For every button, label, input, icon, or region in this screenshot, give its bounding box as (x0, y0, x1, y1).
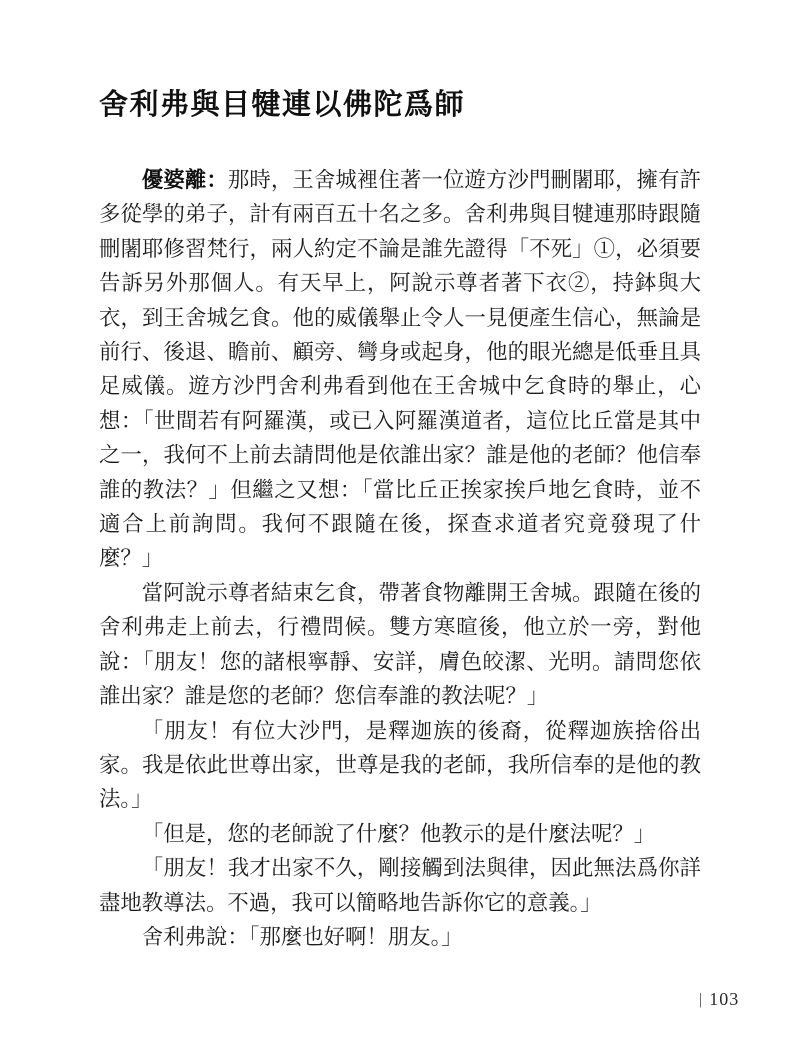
paragraph: 「但是，您的老師說了什麼？他教示的是什麼法呢？」 (99, 817, 701, 851)
paragraph-text: 「朋友！我才出家不久，剛接觸到法與律，因此無法爲你詳盡地教導法。不過，我可以簡略… (99, 856, 701, 914)
page-number-separator: | (699, 989, 702, 1011)
paragraph: 舍利弗說：「那麼也好啊！朋友。」 (99, 920, 701, 954)
page-number-value: 103 (709, 989, 739, 1009)
paragraph: 當阿說示尊者結束乞食，帶著食物離開王舍城。跟隨在後的舍利弗走上前去，行禮問候。雙… (99, 576, 701, 714)
paragraph-text: 那時，王舍城裡住著一位遊方沙門刪闍耶，擁有許多從學的弟子，計有兩百五十名之多。舍… (99, 168, 701, 570)
paragraph-text: 「朋友！有位大沙門，是釋迦族的後裔，從釋迦族捨俗出家。我是依此世尊出家，世尊是我… (99, 719, 701, 812)
chapter-title: 舍利弗與目犍連以佛陀爲師 (99, 88, 701, 123)
text-column: 舍利弗與目犍連以佛陀爲師 優婆離：那時，王舍城裡住著一位遊方沙門刪闍耶，擁有許多… (99, 88, 701, 954)
paragraph: 「朋友！我才出家不久，剛接觸到法與律，因此無法爲你詳盡地教導法。不過，我可以簡略… (99, 851, 701, 920)
paragraph: 「朋友！有位大沙門，是釋迦族的後裔，從釋迦族捨俗出家。我是依此世尊出家，世尊是我… (99, 714, 701, 817)
book-page: 舍利弗與目犍連以佛陀爲師 優婆離：那時，王舍城裡住著一位遊方沙門刪闍耶，擁有許多… (0, 0, 792, 1056)
paragraph: 優婆離：那時，王舍城裡住著一位遊方沙門刪闍耶，擁有許多從學的弟子，計有兩百五十名… (99, 163, 701, 576)
paragraph-text: 當阿說示尊者結束乞食，帶著食物離開王舍城。跟隨在後的舍利弗走上前去，行禮問候。雙… (99, 581, 701, 708)
speaker-label: 優婆離： (142, 168, 228, 192)
paragraph-text: 「但是，您的老師說了什麼？他教示的是什麼法呢？」 (142, 822, 655, 846)
paragraph-text: 舍利弗說：「那麼也好啊！朋友。」 (142, 925, 463, 949)
page-number: |103 (699, 988, 739, 1012)
